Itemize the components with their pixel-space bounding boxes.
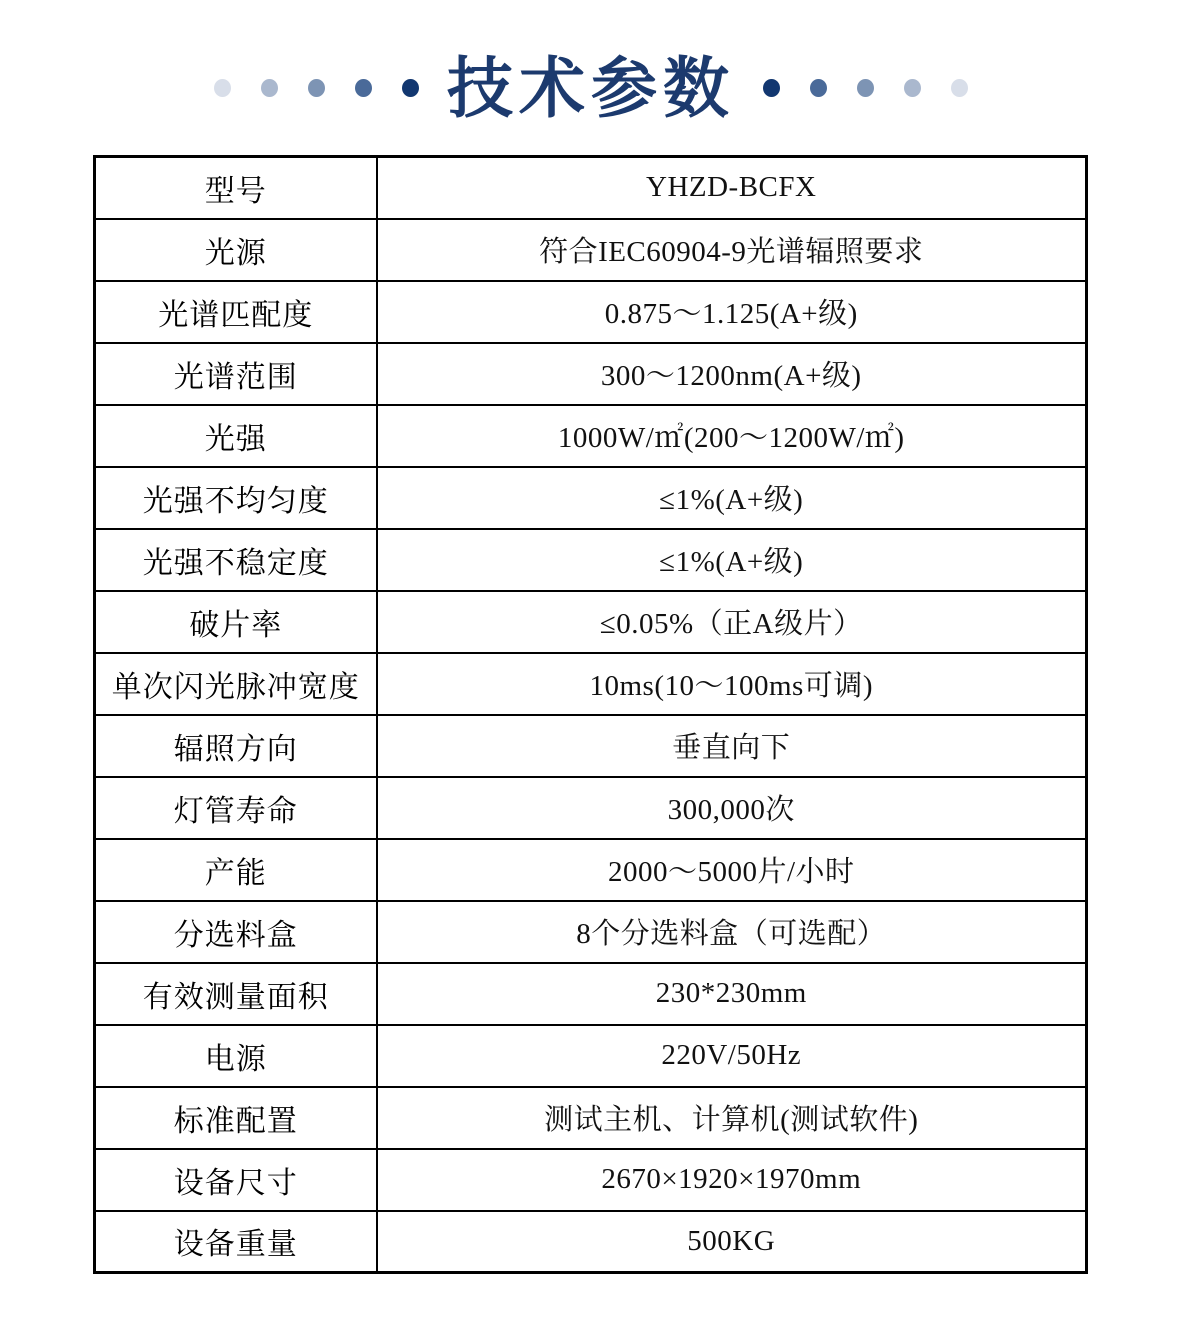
spec-label: 分选料盒 bbox=[95, 901, 377, 963]
header: 技术参数 bbox=[0, 42, 1182, 134]
spec-label: 标准配置 bbox=[95, 1087, 377, 1149]
decorative-dot bbox=[308, 79, 325, 97]
spec-label: 光强 bbox=[95, 405, 377, 467]
spec-value: 300～1200nm(A+级) bbox=[377, 343, 1087, 405]
table-row: 灯管寿命 300,000次 bbox=[95, 777, 1087, 839]
decorative-dot bbox=[402, 79, 419, 97]
decorative-dot bbox=[951, 79, 968, 97]
spec-value: 2670×1920×1970mm bbox=[377, 1149, 1087, 1211]
spec-label: 设备尺寸 bbox=[95, 1149, 377, 1211]
spec-value: 符合IEC60904-9光谱辐照要求 bbox=[377, 219, 1087, 281]
spec-value: 500KG bbox=[377, 1211, 1087, 1273]
spec-label: 单次闪光脉冲宽度 bbox=[95, 653, 377, 715]
spec-label: 光强不均匀度 bbox=[95, 467, 377, 529]
spec-value: 10ms(10～100ms可调) bbox=[377, 653, 1087, 715]
decorative-dots-right bbox=[763, 79, 968, 97]
spec-label: 辐照方向 bbox=[95, 715, 377, 777]
decorative-dot bbox=[904, 79, 921, 97]
spec-value: ≤1%(A+级) bbox=[377, 529, 1087, 591]
spec-value: ≤1%(A+级) bbox=[377, 467, 1087, 529]
page-title: 技术参数 bbox=[447, 55, 735, 121]
spec-label: 设备重量 bbox=[95, 1211, 377, 1273]
spec-value: 300,000次 bbox=[377, 777, 1087, 839]
table-row: 单次闪光脉冲宽度 10ms(10～100ms可调) bbox=[95, 653, 1087, 715]
spec-label: 型号 bbox=[95, 157, 377, 219]
spec-label: 光谱匹配度 bbox=[95, 281, 377, 343]
table-row: 电源 220V/50Hz bbox=[95, 1025, 1087, 1087]
table-row: 光强 1000W/㎡(200～1200W/㎡) bbox=[95, 405, 1087, 467]
spec-label: 有效测量面积 bbox=[95, 963, 377, 1025]
table-row: 分选料盒 8个分选料盒（可选配） bbox=[95, 901, 1087, 963]
spec-label: 破片率 bbox=[95, 591, 377, 653]
table-row: 设备重量 500KG bbox=[95, 1211, 1087, 1273]
decorative-dot bbox=[355, 79, 372, 97]
decorative-dot bbox=[763, 79, 780, 97]
spec-label: 光强不稳定度 bbox=[95, 529, 377, 591]
spec-value: 0.875～1.125(A+级) bbox=[377, 281, 1087, 343]
table-row: 有效测量面积 230*230mm bbox=[95, 963, 1087, 1025]
spec-value: 8个分选料盒（可选配） bbox=[377, 901, 1087, 963]
spec-value: 2000～5000片/小时 bbox=[377, 839, 1087, 901]
spec-sheet-page: 技术参数 型号 YHZD-BCFX 光源 符合IEC60904-9光谱辐照要求 … bbox=[0, 0, 1182, 1328]
decorative-dot bbox=[857, 79, 874, 97]
decorative-dot bbox=[214, 79, 231, 97]
spec-label: 电源 bbox=[95, 1025, 377, 1087]
spec-value: ≤0.05%（正A级片） bbox=[377, 591, 1087, 653]
table-row: 标准配置 测试主机、计算机(测试软件) bbox=[95, 1087, 1087, 1149]
spec-table-body: 型号 YHZD-BCFX 光源 符合IEC60904-9光谱辐照要求 光谱匹配度… bbox=[95, 157, 1087, 1273]
spec-value: 220V/50Hz bbox=[377, 1025, 1087, 1087]
spec-value: 1000W/㎡(200～1200W/㎡) bbox=[377, 405, 1087, 467]
decorative-dots-left bbox=[214, 79, 419, 97]
spec-label: 光源 bbox=[95, 219, 377, 281]
table-row: 光强不均匀度 ≤1%(A+级) bbox=[95, 467, 1087, 529]
spec-value: 230*230mm bbox=[377, 963, 1087, 1025]
spec-label: 灯管寿命 bbox=[95, 777, 377, 839]
table-row: 光谱匹配度 0.875～1.125(A+级) bbox=[95, 281, 1087, 343]
decorative-dot bbox=[261, 79, 278, 97]
spec-label: 光谱范围 bbox=[95, 343, 377, 405]
table-row: 产能 2000～5000片/小时 bbox=[95, 839, 1087, 901]
table-row: 破片率 ≤0.05%（正A级片） bbox=[95, 591, 1087, 653]
spec-value: 垂直向下 bbox=[377, 715, 1087, 777]
spec-table: 型号 YHZD-BCFX 光源 符合IEC60904-9光谱辐照要求 光谱匹配度… bbox=[93, 155, 1088, 1274]
table-row: 设备尺寸 2670×1920×1970mm bbox=[95, 1149, 1087, 1211]
spec-label: 产能 bbox=[95, 839, 377, 901]
spec-value: 测试主机、计算机(测试软件) bbox=[377, 1087, 1087, 1149]
decorative-dot bbox=[810, 79, 827, 97]
table-row: 辐照方向 垂直向下 bbox=[95, 715, 1087, 777]
table-row: 光强不稳定度 ≤1%(A+级) bbox=[95, 529, 1087, 591]
spec-value: YHZD-BCFX bbox=[377, 157, 1087, 219]
table-row: 光谱范围 300～1200nm(A+级) bbox=[95, 343, 1087, 405]
table-row: 型号 YHZD-BCFX bbox=[95, 157, 1087, 219]
table-row: 光源 符合IEC60904-9光谱辐照要求 bbox=[95, 219, 1087, 281]
